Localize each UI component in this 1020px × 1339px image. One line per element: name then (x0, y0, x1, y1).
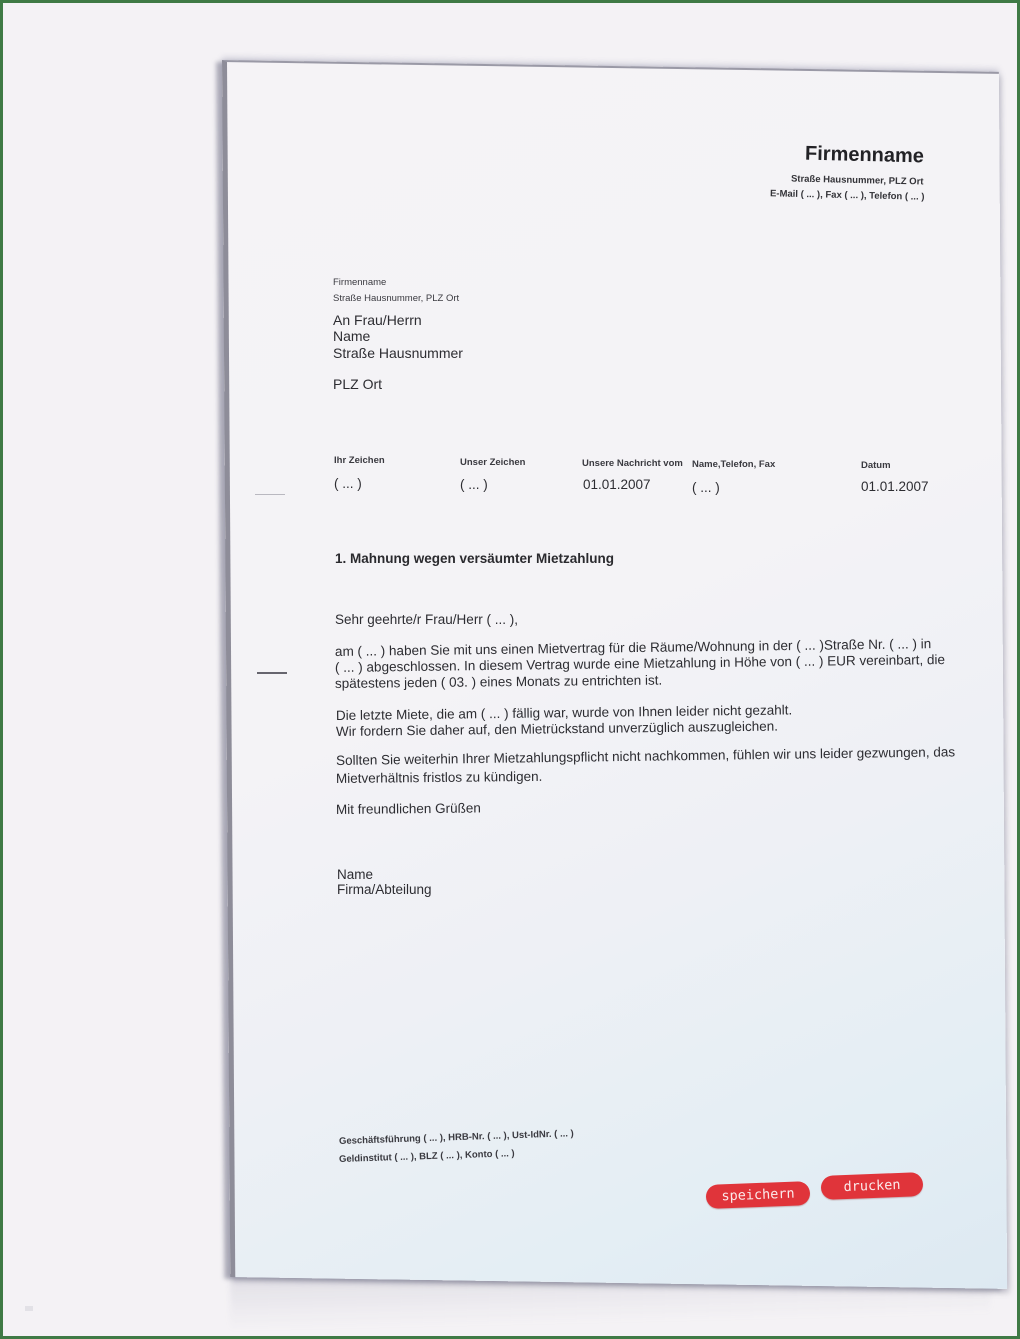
ref-value-contact: ( ... ) (692, 480, 720, 495)
letter-content: Firmenname Straße Hausnummer, PLZ Ort E-… (0, 0, 1020, 1339)
footer-bank-info: Geldinstitut ( ... ), BLZ ( ... ), Konto… (339, 1148, 515, 1165)
body-paragraph-3-line: Mietverhältnis fristlos zu kündigen. (336, 769, 542, 786)
save-button[interactable]: speichern (706, 1181, 811, 1209)
ref-label-contact: Name,Telefon, Fax (692, 459, 775, 470)
ref-value-date: 01.01.2007 (861, 479, 929, 494)
fold-mark-middle (257, 672, 287, 674)
company-contact: E-Mail ( ... ), Fax ( ... ), Telefon ( .… (769, 188, 924, 203)
ref-label-date: Datum (861, 460, 891, 471)
company-name: Firmenname (805, 143, 924, 169)
recipient-line: PLZ Ort (333, 376, 382, 392)
print-button[interactable]: drucken (821, 1172, 924, 1200)
fold-mark-top (255, 494, 285, 495)
salutation: Sehr geehrte/r Frau/Herr ( ... ), (335, 612, 518, 627)
body-paragraph-1-line: spätestens jeden ( 03. ) eines Monats zu… (335, 673, 662, 691)
ref-label-your-reference: Ihr Zeichen (334, 455, 385, 466)
body-paragraph-3-line: Sollten Sie weiterhin Ihrer Mietzahlungs… (336, 744, 955, 768)
signature-department: Firma/Abteilung (337, 882, 432, 897)
footer-company-info: Geschäftsführung ( ... ), HRB-Nr. ( ... … (339, 1128, 574, 1147)
closing: Mit freundlichen Grüßen (336, 800, 481, 817)
recipient-line: Name (333, 328, 370, 344)
ref-value-our-reference: ( ... ) (460, 477, 488, 492)
sender-name: Firmenname (333, 277, 386, 288)
letter-subject: 1. Mahnung wegen versäumter Mietzahlung (335, 551, 614, 566)
document-preview: Firmenname Straße Hausnummer, PLZ Ort E-… (0, 0, 1020, 1339)
company-address: Straße Hausnummer, PLZ Ort (791, 173, 924, 187)
signature-name: Name (337, 867, 373, 882)
ref-label-our-message: Unsere Nachricht vom (582, 458, 683, 469)
ref-label-our-reference: Unser Zeichen (460, 457, 525, 468)
ref-value-our-message: 01.01.2007 (583, 477, 651, 492)
recipient-line: Straße Hausnummer (333, 345, 463, 361)
sender-address: Straße Hausnummer, PLZ Ort (333, 293, 459, 304)
recipient-line: An Frau/Herrn (333, 312, 422, 328)
ref-value-your-reference: ( ... ) (334, 476, 362, 491)
